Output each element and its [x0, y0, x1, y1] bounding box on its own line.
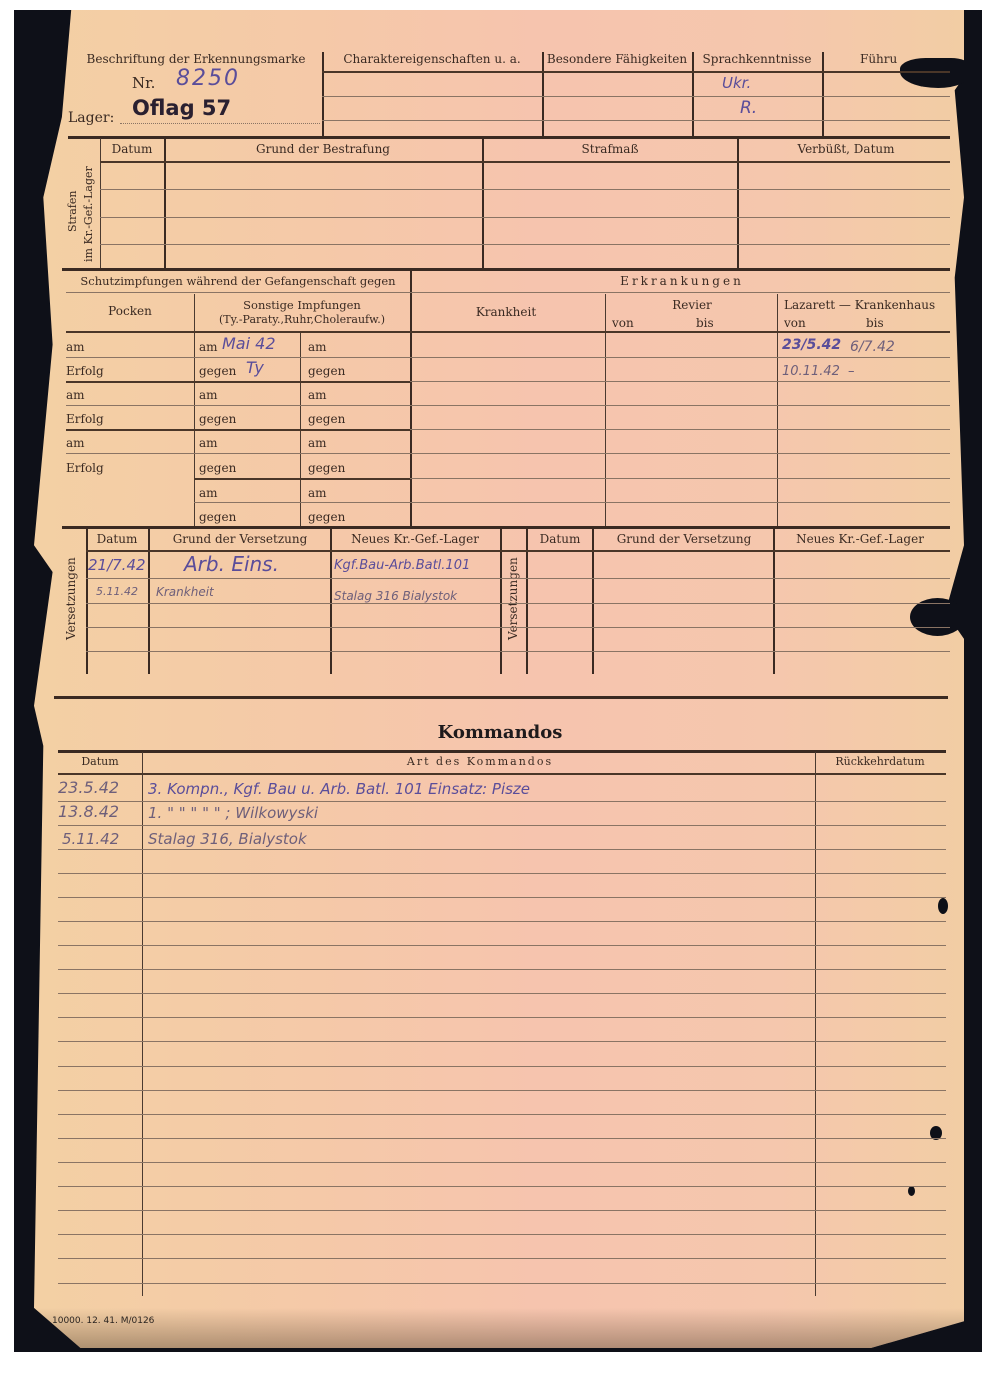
sonstige-cell: am	[199, 486, 218, 500]
vers-lager-2: Stalag 316 Bialystok	[334, 589, 457, 603]
kommandos-col-rueckkehr: Rückkehrdatum	[835, 755, 924, 768]
burn-hole	[938, 898, 948, 914]
sonstige-cell: gegen	[308, 412, 345, 426]
pocken-row: am	[66, 340, 85, 354]
kommandos-col-datum: Datum	[81, 755, 118, 768]
vers-col-lager-right: Neues Kr.-Gef.-Lager	[796, 532, 924, 546]
erkrankungen-title: Erkrankungen	[620, 274, 744, 288]
sonstige-cell: am	[308, 486, 327, 500]
sonstige-cell: am	[308, 436, 327, 450]
vers-col-lager: Neues Kr.-Gef.-Lager	[351, 532, 479, 546]
sonstige-cell: am	[199, 340, 218, 354]
strafen-col-grund: Grund der Bestrafung	[256, 142, 390, 156]
sonstige-cell: am	[199, 388, 218, 402]
lazarett-label: Lazarett — Krankenhaus	[784, 298, 935, 312]
lazarett-von-2: 10.11.42	[782, 364, 840, 379]
lazarett-von-1: 23/5.42	[782, 337, 841, 353]
lager-label: Lager:	[68, 110, 114, 126]
pocken-row: Erfolg	[66, 412, 104, 426]
nr-label: Nr.	[132, 74, 155, 92]
nr-value: 8250	[176, 66, 240, 91]
vers-col-datum-right: Datum	[540, 532, 581, 546]
lazarett-von: von	[784, 316, 806, 330]
vers-datum-2: 5.11.42	[96, 585, 138, 598]
kommando-art-3: Stalag 316, Bialystok	[148, 830, 307, 848]
burn-hole	[908, 1186, 915, 1196]
kommandos-col-art: Art des Kommandos	[407, 755, 553, 768]
strafen-col-strafmass: Strafmaß	[582, 142, 639, 156]
pocken-row: Erfolg	[66, 461, 104, 475]
strafen-side-label: Strafen	[66, 191, 79, 232]
impfungen-title: Schutzimpfungen während der Gefangenscha…	[80, 274, 395, 288]
sprache-2: R.	[740, 98, 757, 118]
sprache-1: Ukr.	[722, 74, 751, 92]
vers-grund-2: Krankheit	[156, 585, 214, 599]
pocken-row: Erfolg	[66, 364, 104, 378]
vers-lager-1: Kgf.Bau-Arb.Batl.101	[334, 558, 470, 573]
kommando-datum-3: 5.11.42	[62, 830, 119, 848]
kommandos-title: Kommandos	[438, 722, 563, 743]
sonstige-cell: gegen	[308, 510, 345, 524]
sonstige-sub: (Ty.-Paraty.,Ruhr,Choleraufw.)	[219, 313, 385, 326]
kommando-datum-2: 13.8.42	[58, 802, 119, 821]
pocken-label: Pocken	[108, 304, 152, 318]
pocken-row: am	[66, 436, 85, 450]
sonstige-cell: am	[308, 340, 327, 354]
kommando-art-1: 3. Kompn., Kgf. Bau u. Arb. Batl. 101 Ei…	[148, 780, 530, 798]
kommando-art-2: 1. " " " " " ; Wilkowyski	[148, 804, 318, 822]
col-sprachen: Sprachkenntnisse	[703, 52, 812, 66]
lazarett-bis-2: –	[848, 364, 855, 379]
col-faehigkeiten: Besondere Fähigkeiten	[547, 52, 687, 66]
versetzungen-side-label: Versetzungen	[64, 557, 78, 640]
strafen-col-datum: Datum	[112, 142, 153, 156]
revier-label: Revier	[672, 298, 712, 312]
sonstige-cell: am	[308, 388, 327, 402]
impf-date-handwritten: Mai 42	[222, 334, 276, 353]
tag-label: Beschriftung der Erkennungsmarke	[87, 52, 306, 66]
vers-col-grund-right: Grund der Versetzung	[617, 532, 752, 546]
lazarett-bis-1: 6/7.42	[850, 339, 895, 355]
kommando-datum-1: 23.5.42	[58, 778, 119, 797]
vers-col-datum: Datum	[97, 532, 138, 546]
col-fuehrung: Führu	[860, 52, 897, 66]
krankheit-label: Krankheit	[476, 305, 536, 319]
sonstige-cell: gegen	[308, 364, 345, 378]
vers-grund-1: Arb. Eins.	[184, 552, 279, 576]
sonstige-cell: gegen	[308, 461, 345, 475]
print-code: 10000. 12. 41. M/0126	[52, 1316, 154, 1326]
sonstige-label: Sonstige Impfungen	[243, 298, 361, 312]
sonstige-cell: am	[199, 436, 218, 450]
sonstige-cell: gegen	[199, 364, 236, 378]
vers-datum-1: 21/7.42	[88, 556, 146, 574]
revier-bis: bis	[696, 316, 714, 330]
col-charakter: Charaktereigenschaften u. a.	[343, 52, 520, 66]
sonstige-cell: gegen	[199, 412, 236, 426]
sonstige-cell: gegen	[199, 510, 236, 524]
document-page	[34, 10, 964, 1348]
strafen-col-verbuesst: Verbüßt, Datum	[798, 142, 895, 156]
lazarett-bis: bis	[866, 316, 884, 330]
lager-value: Oflag 57	[132, 96, 231, 120]
pocken-row: am	[66, 388, 85, 402]
revier-von: von	[612, 316, 634, 330]
strafen-side-label-2: im Kr.-Gef.-Lager	[82, 166, 95, 262]
vers-col-grund: Grund der Versetzung	[173, 532, 308, 546]
impf-gegen-handwritten: Ty	[246, 358, 264, 377]
sonstige-cell: gegen	[199, 461, 236, 475]
